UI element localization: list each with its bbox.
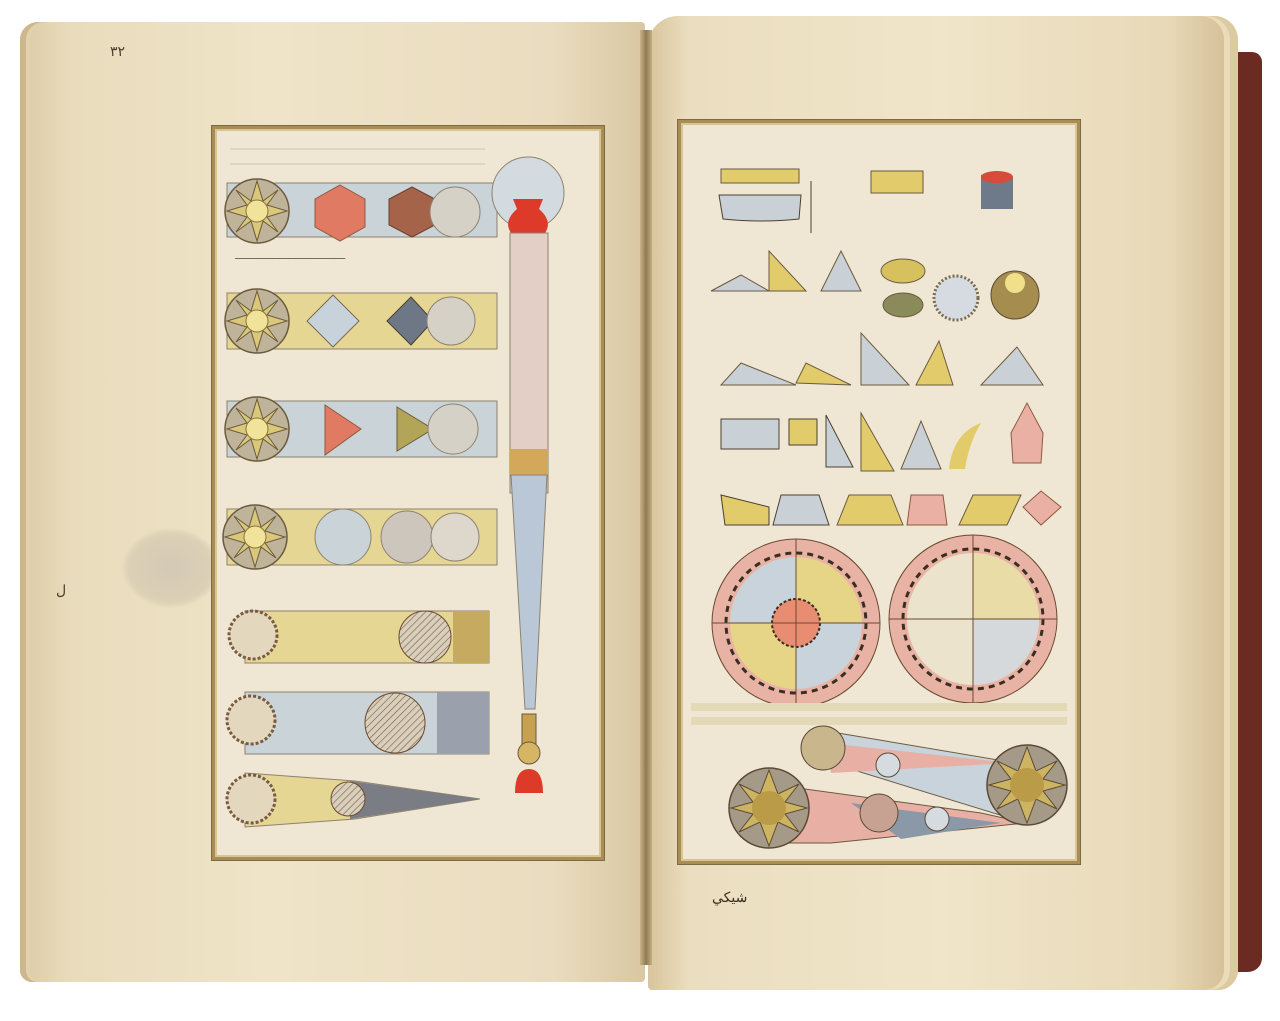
right-diagrams (681, 123, 1077, 861)
book-gutter (640, 30, 652, 965)
margin-mark: ل (56, 583, 66, 599)
left-diagrams: ــــــــــــــــــــــــــــــــــــــــ… (215, 129, 601, 857)
folio-number: ٣٢ (110, 44, 125, 60)
open-manuscript: ٣٢ ل شيكي (0, 0, 1280, 1021)
svg-text:ــــــــــــــــــــــــــــــ: ــــــــــــــــــــــــــــــــــــــــ… (234, 252, 346, 261)
signature-note: شيكي (712, 890, 747, 906)
seal-impression (122, 528, 220, 608)
right-illustration-panel (678, 120, 1080, 864)
left-illustration-panel: ــــــــــــــــــــــــــــــــــــــــ… (212, 126, 604, 860)
